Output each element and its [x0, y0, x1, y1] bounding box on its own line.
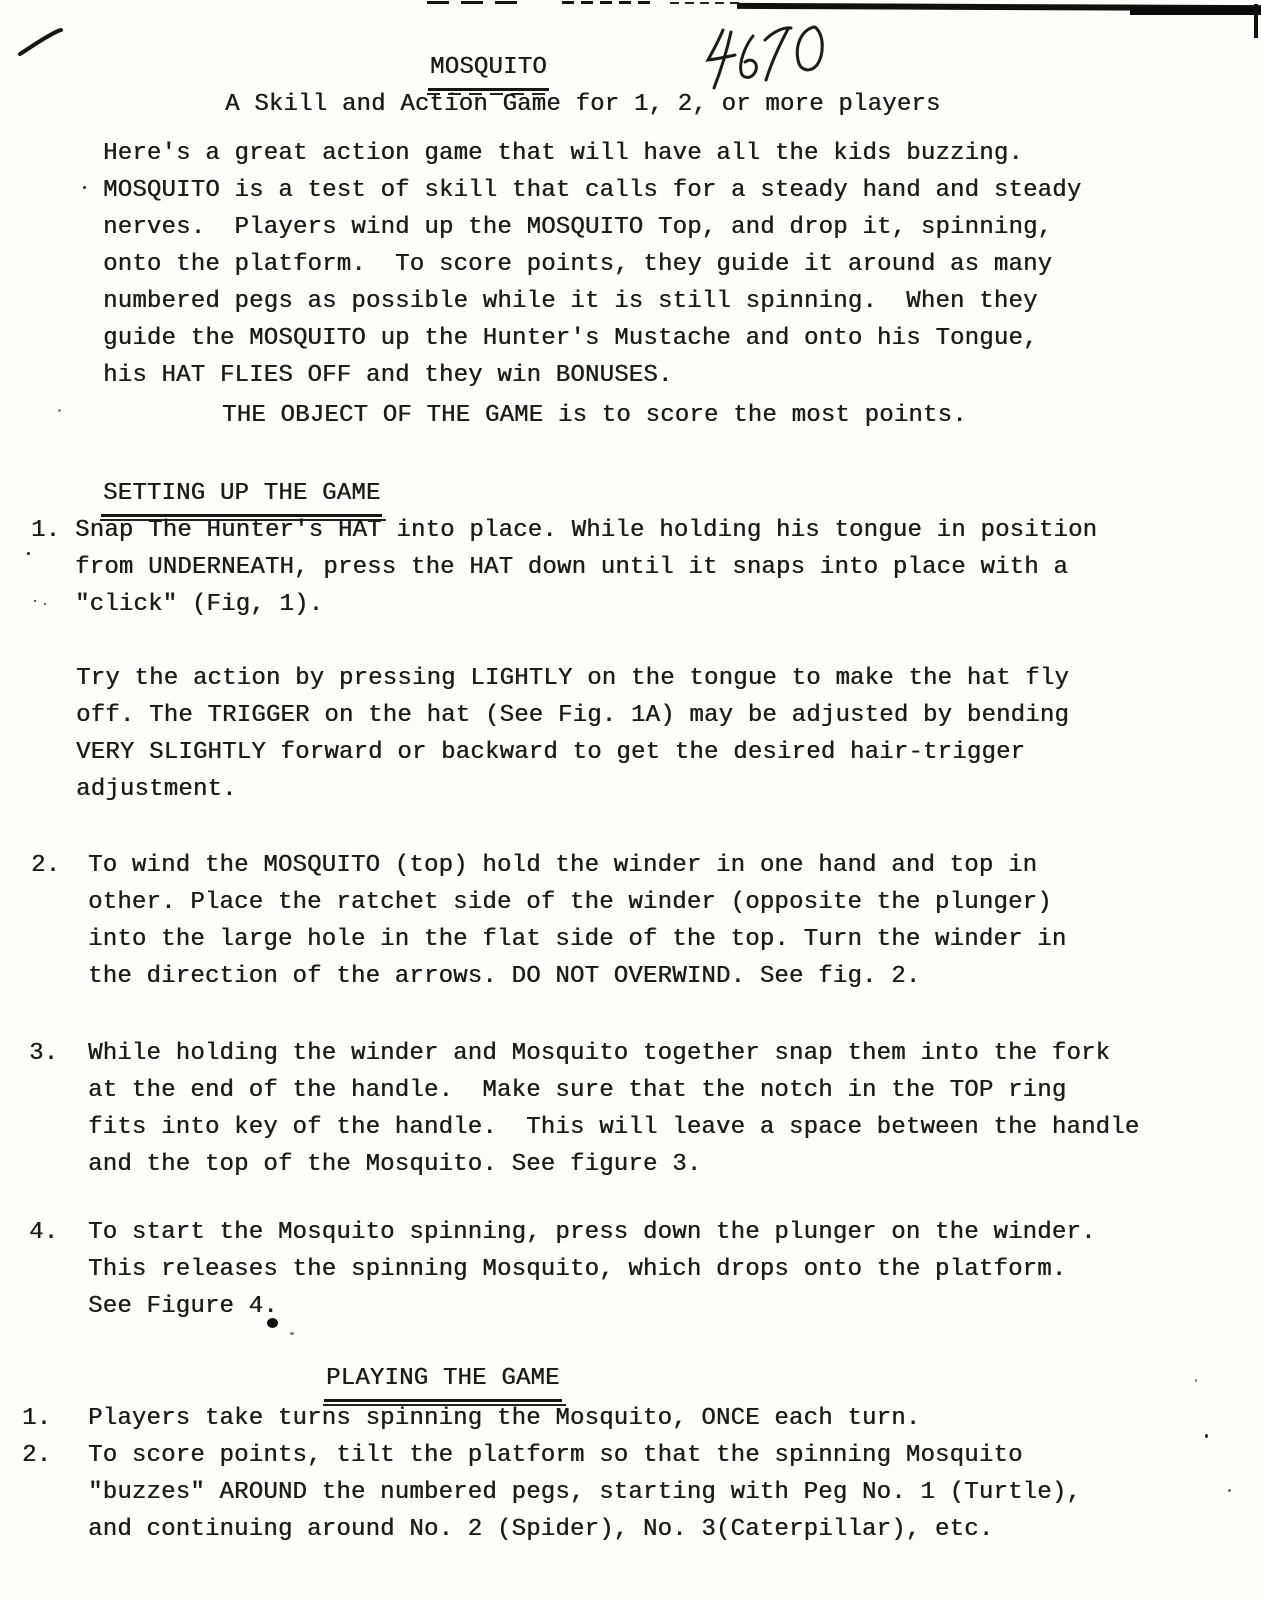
text-line: into the large hole in the flat side of … — [88, 921, 1261, 958]
setup-item-1: 1. Snap The Hunter's HAT into place. Whi… — [0, 512, 1261, 623]
scan-speck — [290, 1332, 294, 1335]
trigger-adjustment-note: Try the action by pressing LIGHTLY on th… — [76, 660, 1069, 808]
text-line: his HAT FLIES OFF and they win BONUSES. — [103, 357, 1081, 394]
scan-speck — [58, 409, 61, 412]
scan-speck — [27, 552, 30, 555]
document-subtitle: A Skill and Action Game for 1, 2, or mor… — [225, 86, 941, 123]
text-line: at the end of the handle. Make sure that… — [88, 1072, 1261, 1109]
text-line: While holding the winder and Mosquito to… — [88, 1035, 1261, 1072]
text-line: fits into key of the handle. This will l… — [88, 1109, 1261, 1146]
scan-speck — [83, 186, 86, 189]
playing-heading-wrap: PLAYING THE GAME — [326, 1360, 562, 1402]
playing-item-1: 1. Players take turns spinning the Mosqu… — [0, 1400, 1261, 1437]
text-line: other. Place the ratchet side of the win… — [88, 884, 1261, 921]
item-number: 2. — [31, 847, 60, 884]
text-line: See Figure 4. — [88, 1288, 1261, 1325]
text-line: guide the MOSQUITO up the Hunter's Musta… — [103, 320, 1081, 357]
text-line: nerves. Players wind up the MOSQUITO Top… — [103, 209, 1081, 246]
text-line: Snap The Hunter's HAT into place. While … — [75, 512, 1261, 549]
scan-streak — [670, 2, 740, 4]
playing-heading: PLAYING THE GAME — [324, 1360, 562, 1402]
text-line: onto the platform. To score points, they… — [103, 246, 1081, 283]
text-line: Try the action by pressing LIGHTLY on th… — [76, 660, 1069, 697]
object-line: THE OBJECT OF THE GAME is to score the m… — [222, 397, 967, 434]
scan-speck — [267, 1318, 278, 1328]
text-line: from UNDERNEATH, press the HAT down unti… — [75, 549, 1261, 586]
scan-streak-vertical-tick — [1254, 4, 1258, 38]
handwritten-number-4670 — [705, 20, 830, 92]
scan-streak — [427, 1, 523, 4]
setup-heading: SETTING UP THE GAME — [101, 475, 382, 517]
text-line: MOSQUITO is a test of skill that calls f… — [103, 172, 1081, 209]
item-number: 4. — [29, 1214, 58, 1251]
item-number: 1. — [31, 512, 60, 549]
setup-item-2: 2. To wind the MOSQUITO (top) hold the w… — [0, 847, 1261, 995]
handwritten-slash-mark — [18, 28, 64, 58]
text-line: Here's a great action game that will hav… — [103, 135, 1081, 172]
scan-speck — [1195, 1379, 1197, 1382]
item-number: 2. — [22, 1437, 51, 1474]
text-line: the direction of the arrows. DO NOT OVER… — [88, 958, 1261, 995]
document-title-wrap: MOSQUITO — [430, 49, 549, 91]
text-line: and the top of the Mosquito. See figure … — [88, 1146, 1261, 1183]
item-number: 1. — [22, 1400, 51, 1437]
intro-paragraph: Here's a great action game that will hav… — [103, 135, 1081, 394]
text-line: numbered pegs as possible while it is st… — [103, 283, 1081, 320]
setup-item-3: 3. While holding the winder and Mosquito… — [0, 1035, 1261, 1183]
text-line: To score points, tilt the platform so th… — [88, 1437, 1261, 1474]
scanned-document-page: MOSQUITO A Skill and Action Game for 1, … — [0, 0, 1261, 1600]
scan-speck — [44, 603, 46, 605]
text-line: and continuing around No. 2 (Spider), No… — [88, 1511, 1261, 1548]
text-line: off. The TRIGGER on the hat (See Fig. 1A… — [76, 697, 1069, 734]
text-line: Players take turns spinning the Mosquito… — [88, 1400, 1261, 1437]
document-title: MOSQUITO — [428, 49, 549, 91]
scan-streak — [1130, 7, 1261, 15]
scan-speck — [1205, 1434, 1208, 1438]
setup-heading-wrap: SETTING UP THE GAME — [103, 475, 382, 517]
scan-speck — [34, 600, 36, 602]
setup-item-4: 4. To start the Mosquito spinning, press… — [0, 1214, 1261, 1325]
scan-streak — [562, 1, 657, 4]
text-line: To wind the MOSQUITO (top) hold the wind… — [88, 847, 1261, 884]
text-line: VERY SLIGHTLY forward or backward to get… — [76, 734, 1069, 771]
playing-item-2: 2. To score points, tilt the platform so… — [0, 1437, 1261, 1548]
scan-speck — [1228, 1489, 1231, 1492]
text-line: To start the Mosquito spinning, press do… — [88, 1214, 1261, 1251]
text-line: adjustment. — [76, 771, 1069, 808]
text-line: "buzzes" AROUND the numbered pegs, start… — [88, 1474, 1261, 1511]
text-line: This releases the spinning Mosquito, whi… — [88, 1251, 1261, 1288]
text-line: "click" (Fig, 1). — [75, 586, 1261, 623]
item-number: 3. — [29, 1035, 58, 1072]
